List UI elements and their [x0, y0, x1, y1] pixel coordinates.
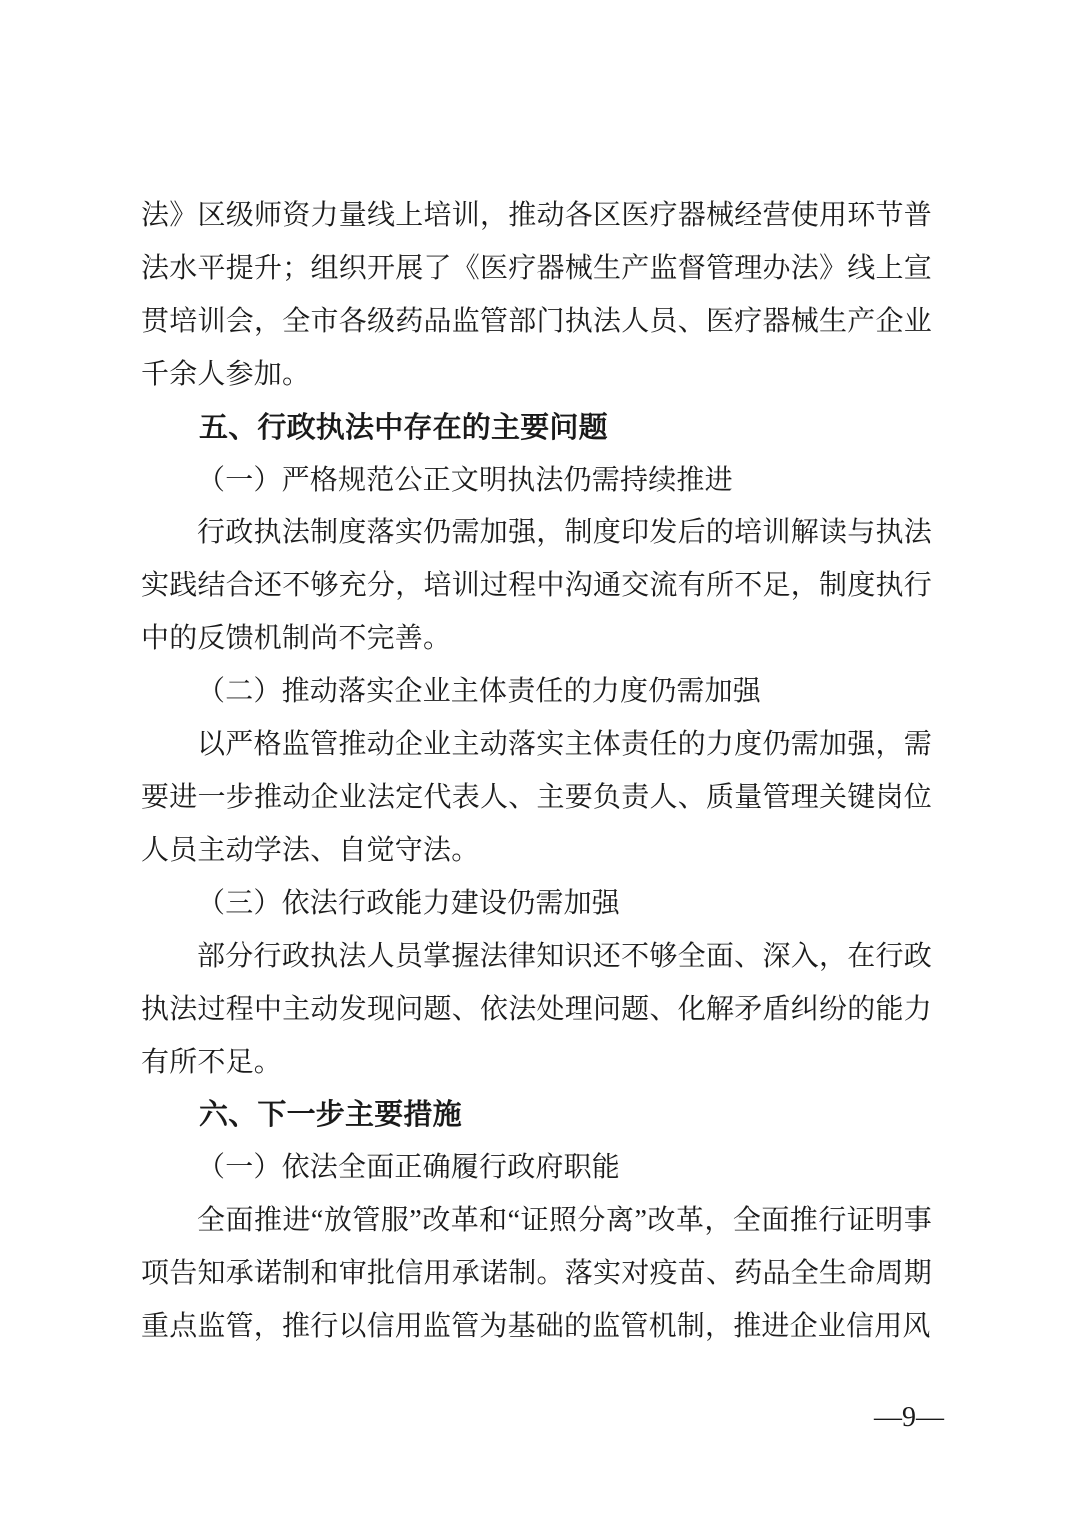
subsection-heading: （二）推动落实企业主体责任的力度仍需加强: [141, 666, 932, 719]
section-heading: 六、下一步主要措施: [141, 1089, 932, 1142]
paragraph: 以严格监管推动企业主动落实主体责任的力度仍需加强，需要进一步推动企业法定代表人、…: [141, 719, 932, 878]
document-page: 法》区级师资力量线上培训，推动各区医疗器械经营使用环节普法水平提升；组织开展了《…: [0, 0, 1074, 1520]
section-heading: 五、行政执法中存在的主要问题: [141, 402, 932, 455]
subsection-heading: （三）依法行政能力建设仍需加强: [141, 878, 932, 931]
paragraph: 部分行政执法人员掌握法律知识还不够全面、深入，在行政执法过程中主动发现问题、依法…: [141, 931, 932, 1090]
paragraph: 行政执法制度落实仍需加强，制度印发后的培训解读与执法实践结合还不够充分，培训过程…: [141, 507, 932, 666]
subsection-heading: （一）依法全面正确履行政府职能: [141, 1142, 932, 1195]
page-number: —9—: [874, 1398, 944, 1438]
subsection-heading: （一）严格规范公正文明执法仍需持续推进: [141, 455, 932, 508]
paragraph: 全面推进“放管服”改革和“证照分离”改革，全面推行证明事项告知承诺制和审批信用承…: [141, 1195, 932, 1354]
paragraph: 法》区级师资力量线上培训，推动各区医疗器械经营使用环节普法水平提升；组织开展了《…: [141, 190, 932, 402]
document-body: 法》区级师资力量线上培训，推动各区医疗器械经营使用环节普法水平提升；组织开展了《…: [141, 190, 932, 1354]
